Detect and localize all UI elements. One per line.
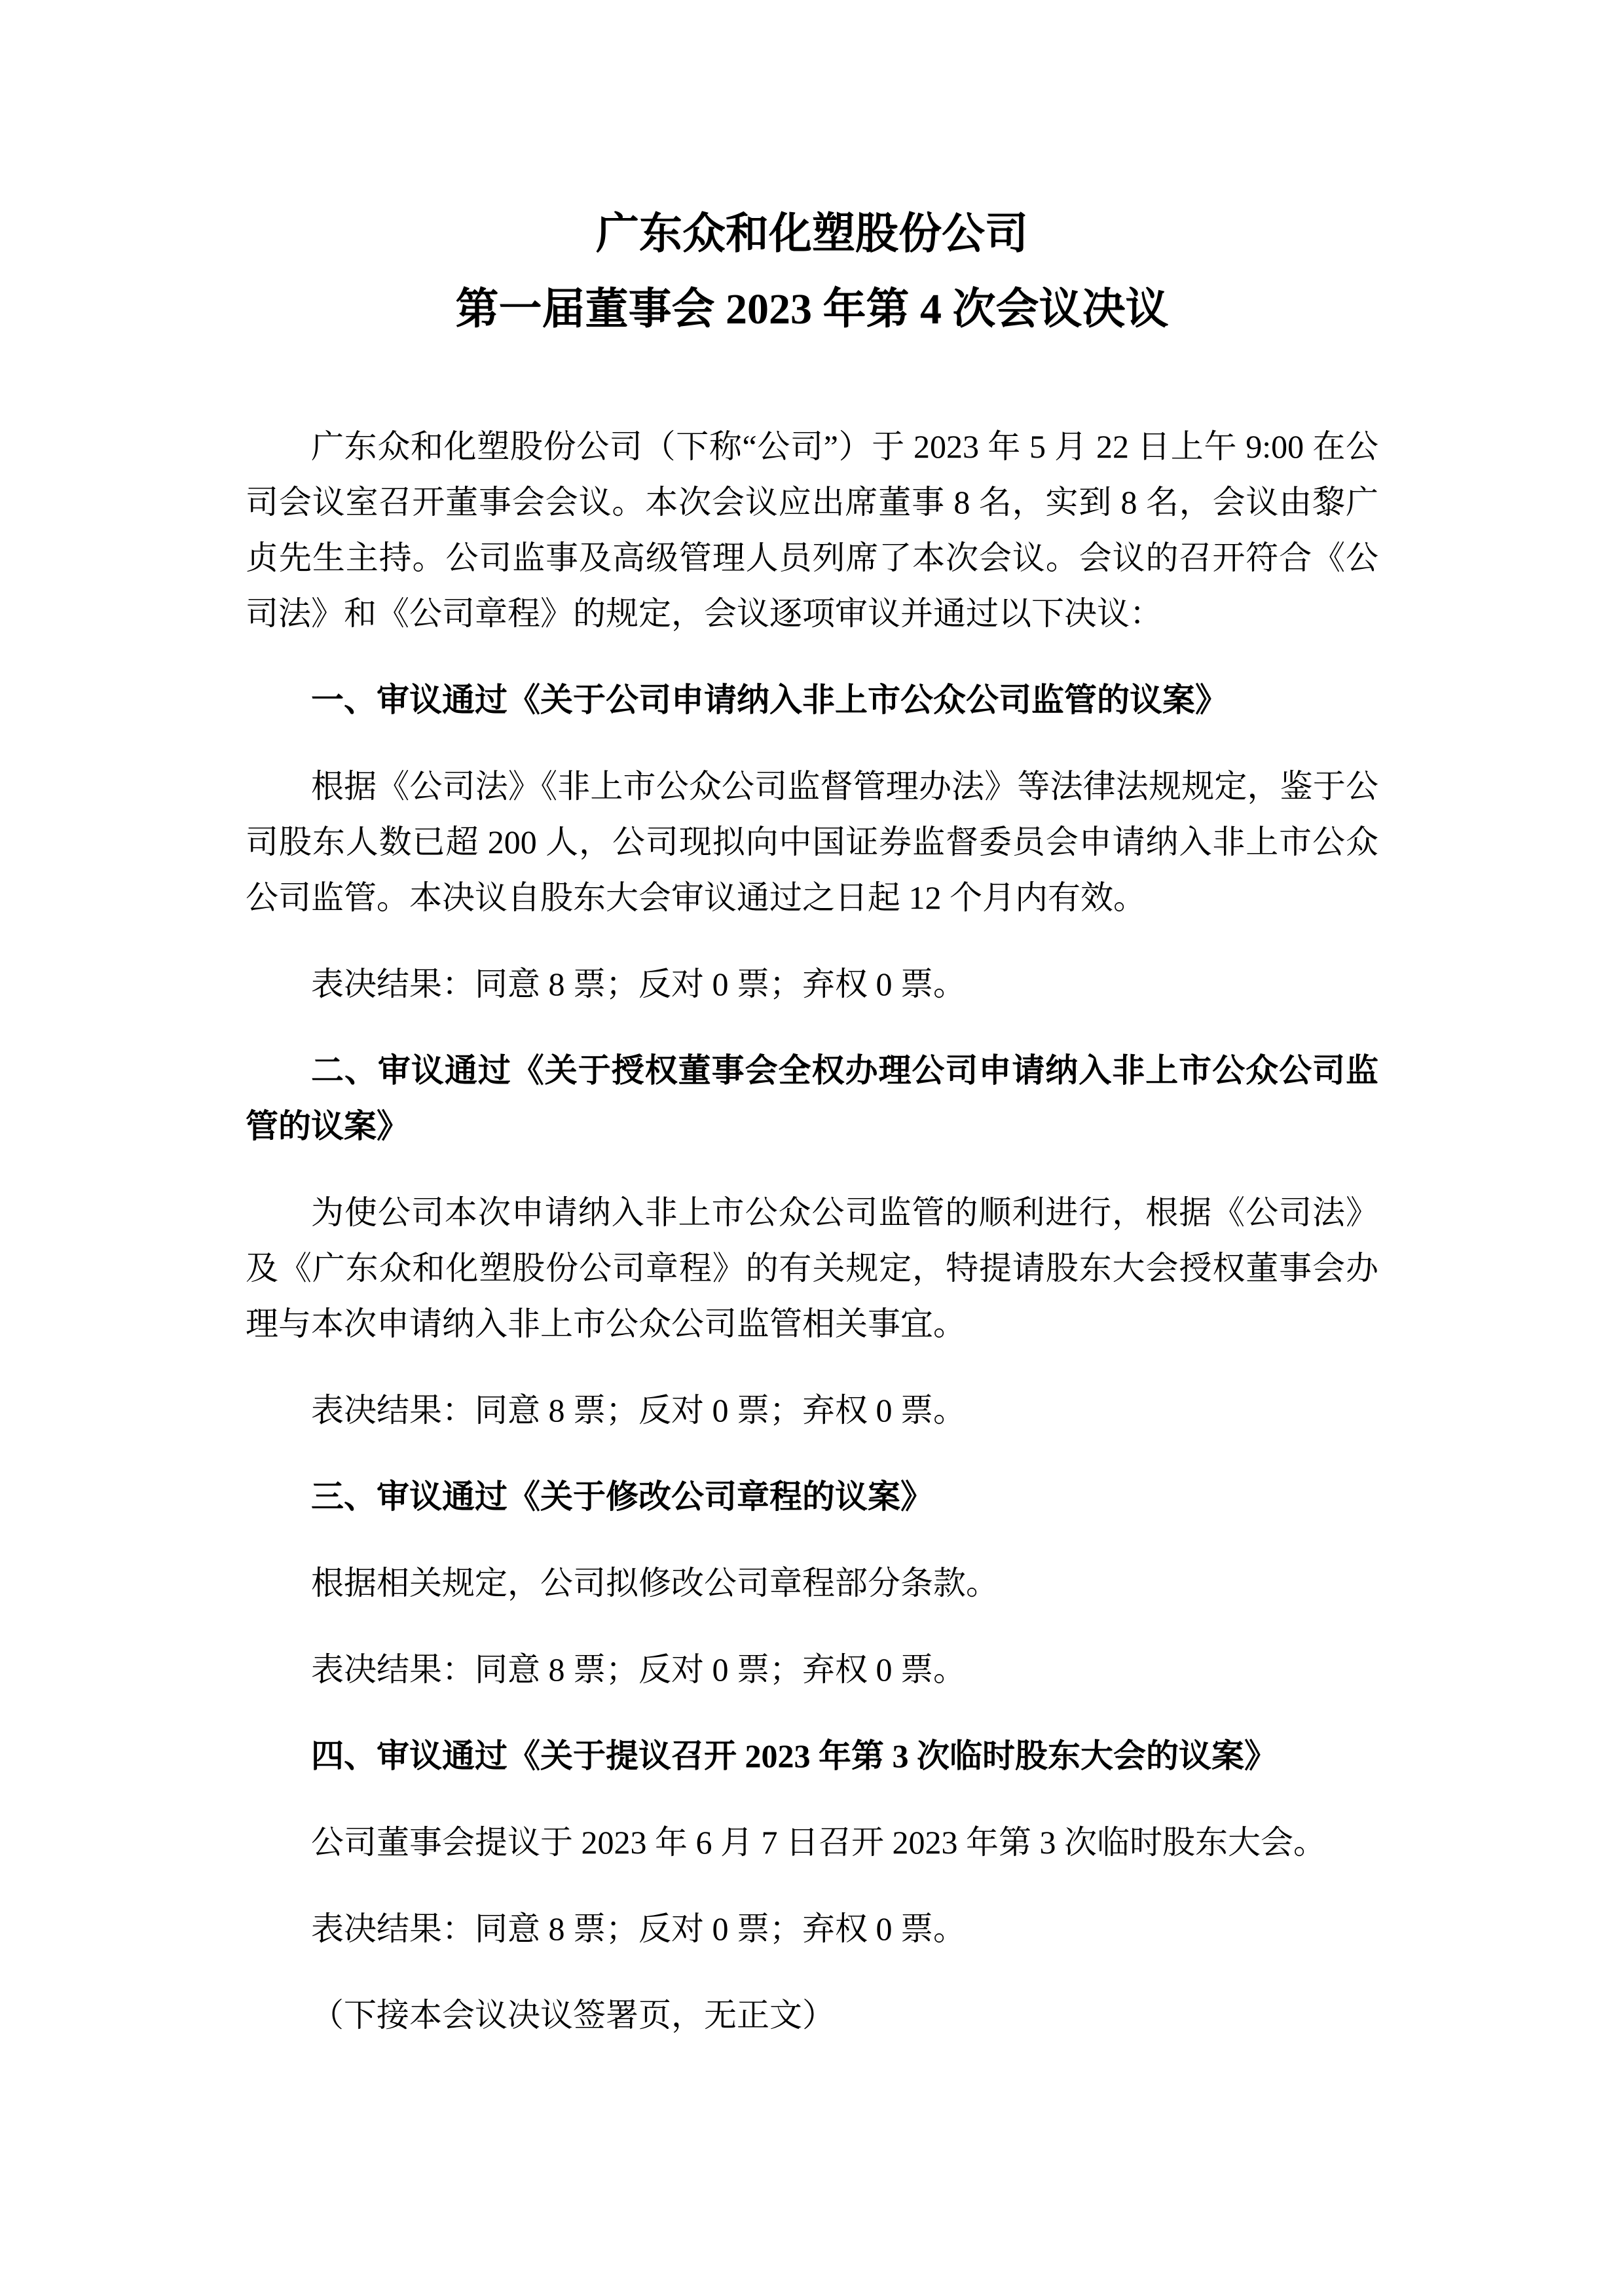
document-page: 广东众和化塑股份公司 第一届董事会 2023 年第 4 次会议决议 广东众和化塑…	[0, 0, 1624, 2296]
resolution-3-vote-result: 表决结果：同意 8 票；反对 0 票；弃权 0 票。	[246, 1642, 1378, 1698]
document-subtitle: 第一届董事会 2023 年第 4 次会议决议	[246, 272, 1378, 347]
resolution-4-heading: 四、审议通过《关于提议召开 2023 年第 3 次临时股东大会的议案》	[246, 1728, 1378, 1784]
resolution-4-body: 公司董事会提议于 2023 年 6 月 7 日召开 2023 年第 3 次临时股…	[246, 1815, 1378, 1870]
document-content: 广东众和化塑股份公司 第一届董事会 2023 年第 4 次会议决议 广东众和化塑…	[246, 196, 1378, 2043]
resolution-3-heading: 三、审议通过《关于修改公司章程的议案》	[246, 1469, 1378, 1525]
resolution-2-body: 为使公司本次申请纳入非上市公众公司监管的顺利进行，根据《公司法》及《广东众和化塑…	[246, 1185, 1378, 1352]
resolution-4-vote-result: 表决结果：同意 8 票；反对 0 票；弃权 0 票。	[246, 1901, 1378, 1957]
resolution-2-vote-result: 表决结果：同意 8 票；反对 0 票；弃权 0 票。	[246, 1383, 1378, 1438]
resolution-1-vote-result: 表决结果：同意 8 票；反对 0 票；弃权 0 票。	[246, 957, 1378, 1012]
document-title: 广东众和化塑股份公司	[246, 196, 1378, 272]
intro-paragraph: 广东众和化塑股份公司（下称“公司”）于 2023 年 5 月 22 日上午 9:…	[246, 419, 1378, 642]
resolution-2-heading: 二、审议通过《关于授权董事会全权办理公司申请纳入非上市公众公司监管的议案》	[246, 1043, 1378, 1154]
resolution-1-body: 根据《公司法》《非上市公众公司监督管理办法》等法律法规规定，鉴于公司股东人数已超…	[246, 759, 1378, 926]
closing-note: （下接本会议决议签署页，无正文）	[246, 1988, 1378, 2043]
resolution-3-body: 根据相关规定，公司拟修改公司章程部分条款。	[246, 1556, 1378, 1611]
resolution-1-heading: 一、审议通过《关于公司申请纳入非上市公众公司监管的议案》	[246, 672, 1378, 728]
